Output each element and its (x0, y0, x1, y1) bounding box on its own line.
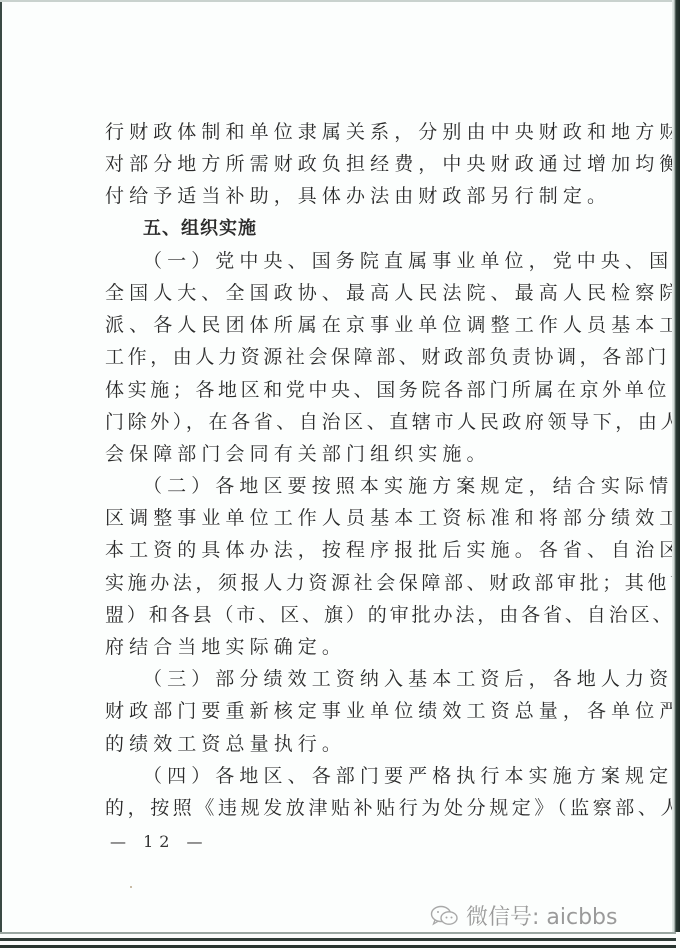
paragraph-start: （四）各地区、各部门要严格执行本实施方案规定，对违反规定 (105, 760, 589, 792)
text-line: 对部分地方所需财政负担经费，中央财政通过增加均衡性转移支 (105, 148, 589, 180)
paragraph-start: （一）党中央、国务院直属事业单位，党中央、国务院各部门及 (105, 245, 589, 277)
text-line: 行财政体制和单位隶属关系，分别由中央财政和地方财政负担。 (105, 116, 589, 148)
text-line: 实施办法，须报人力资源社会保障部、财政部审批；其他市（地、州、 (105, 567, 589, 599)
document-page: 行财政体制和单位隶属关系，分别由中央财政和地方财政负担。 对部分地方所需财政负担… (0, 0, 674, 932)
scan-right-edge (672, 0, 680, 950)
page-edge-line (0, 945, 676, 948)
text-line: 门除外），在各省、自治区、直辖市人民政府领导下，由人力资源社 (105, 406, 589, 438)
page-number: — 12 — (110, 832, 209, 851)
watermark-label: 微信号: aicbbs (466, 900, 618, 931)
text-line: 的，按照《违规发放津贴补贴行为处分规定》（监察部、人力资源社 (105, 792, 589, 824)
text-line: 府结合当地实际确定。 (105, 631, 589, 663)
section-heading: 五、组织实施 (105, 213, 589, 245)
text-line: 本工资的具体办法，按程序报批后实施。各省、自治区、直辖市的 (105, 534, 589, 566)
paragraph-start: （二）各地区要按照本实施方案规定，结合实际情况，拟订本地 (105, 470, 589, 502)
text-line: 派、各人民团体所属在京事业单位调整工作人员基本工资标准的 (105, 309, 589, 341)
text-line: 付给予适当补助，具体办法由财政部另行制定。 (105, 180, 589, 212)
text-line: 的绩效工资总量执行。 (105, 728, 589, 760)
text-line: 全国人大、全国政协、最高人民法院、最高人民检察院、各民主党 (105, 277, 589, 309)
text-line: 区调整事业单位工作人员基本工资标准和将部分绩效工资纳入基 (105, 502, 589, 534)
scan-top-edge (0, 0, 680, 2)
scan-speck (130, 886, 132, 888)
text-line: 会保障部门会同有关部门组织实施。 (105, 438, 589, 470)
text-line: 财政部门要重新核定事业单位绩效工资总量，各单位严格按核定 (105, 695, 589, 727)
text-line: 体实施；各地区和党中央、国务院各部门所属在京外单位（少数部 (105, 374, 589, 406)
wechat-icon (430, 904, 460, 928)
wechat-watermark: 微信号: aicbbs (430, 900, 618, 931)
page-edge-line (0, 932, 676, 934)
scan-bottom-edge (0, 932, 680, 950)
page-edge-line (0, 938, 676, 941)
paragraph-start: （三）部分绩效工资纳入基本工资后，各地人力资源社会保障、 (105, 663, 589, 695)
text-line: 盟）和各县（市、区、旗）的审批办法，由各省、自治区、直辖市人民政 (105, 599, 589, 631)
text-line: 工作，由人力资源社会保障部、财政部负责协调，各部门（单位）具 (105, 341, 589, 373)
document-body: 行财政体制和单位隶属关系，分别由中央财政和地方财政负担。 对部分地方所需财政负担… (105, 116, 589, 824)
